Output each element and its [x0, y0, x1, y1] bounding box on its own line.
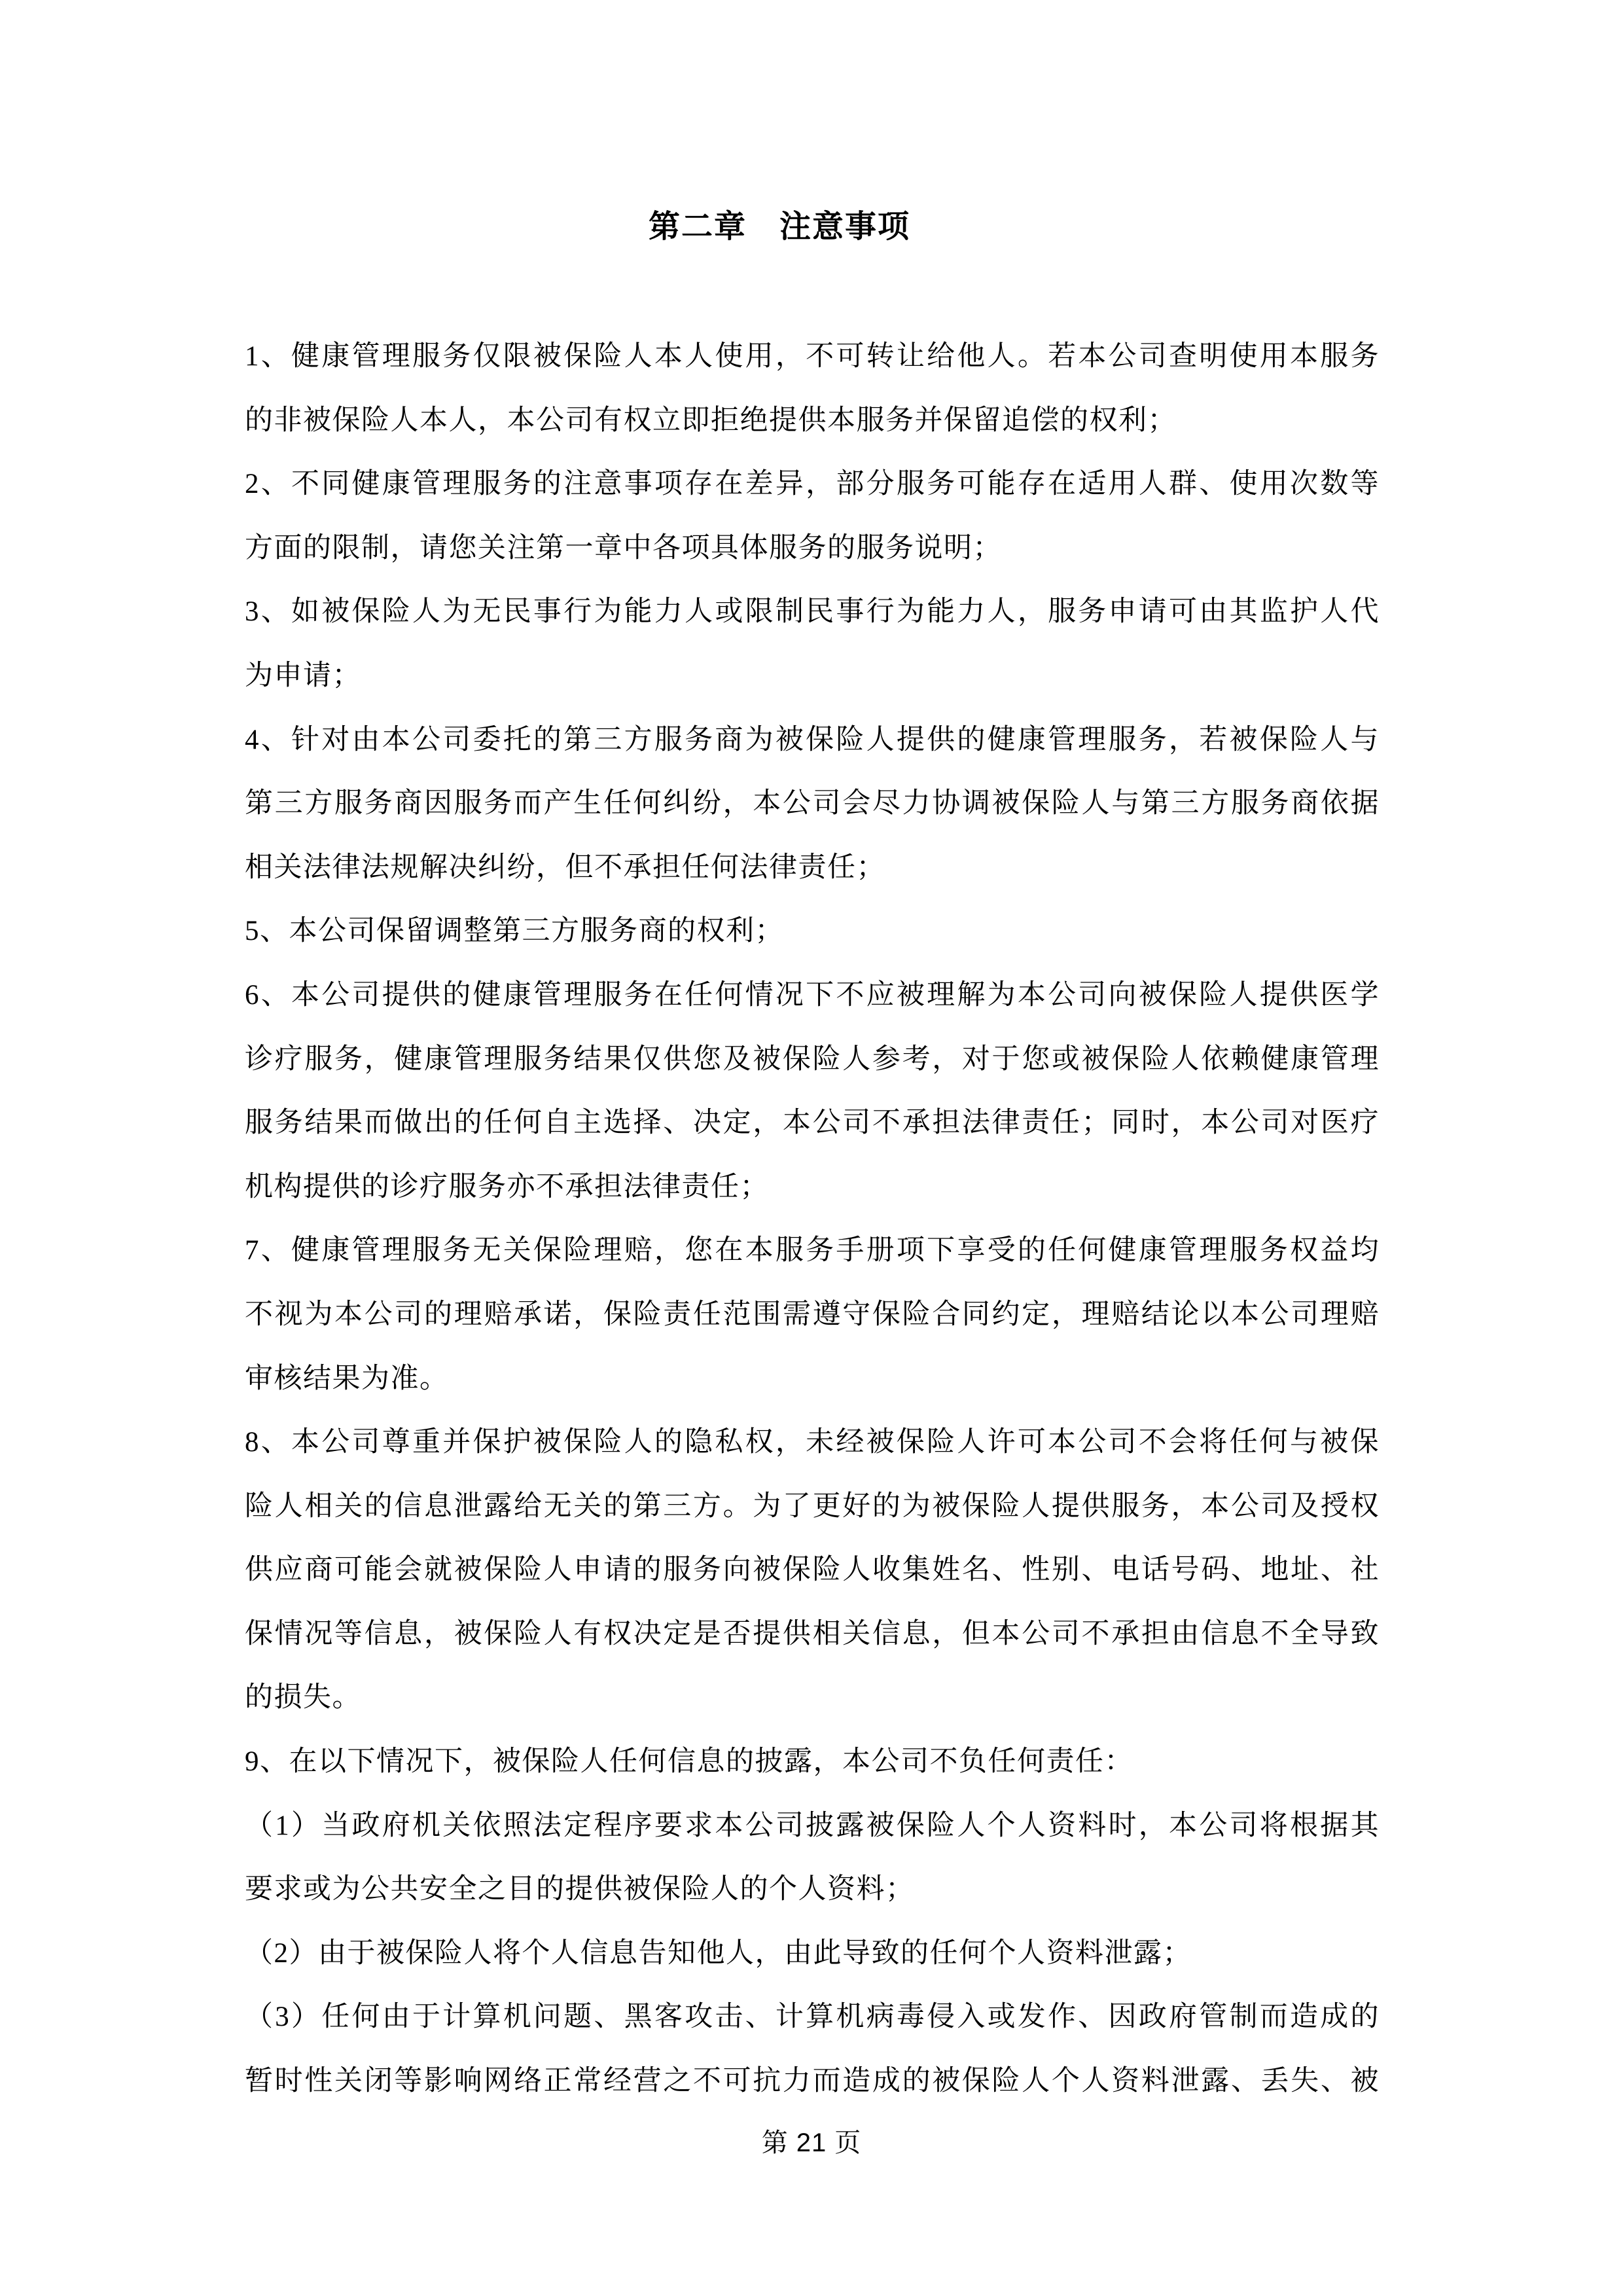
- body-line: 不视为本公司的理赔承诺，保险责任范围需遵守保险合同约定，理赔结论以本公司理赔: [245, 1283, 1380, 1347]
- body-line: 相关法律法规解决纠纷，但不承担任何法律责任；: [245, 836, 1380, 900]
- body-line: 要求或为公共安全之目的提供被保险人的个人资料；: [245, 1857, 1380, 1922]
- body-line: 为申请；: [245, 644, 1380, 708]
- body-line: （2）由于被保险人将个人信息告知他人，由此导致的任何个人资料泄露；: [245, 1922, 1380, 1986]
- document-page: 第二章 注意事项 1、健康管理服务仅限被保险人本人使用，不可转让给他人。若本公司…: [0, 0, 1623, 2296]
- body-line: 4、针对由本公司委托的第三方服务商为被保险人提供的健康管理服务，若被保险人与: [245, 708, 1380, 772]
- page-footer-suffix: 页: [834, 2128, 861, 2157]
- body-line: 2、不同健康管理服务的注意事项存在差异，部分服务可能存在适用人群、使用次数等: [245, 452, 1380, 516]
- body-line: 第三方服务商因服务而产生任何纠纷，本公司会尽力协调被保险人与第三方服务商依据: [245, 772, 1380, 836]
- body-line: 7、健康管理服务无关保险理赔，您在本服务手册项下享受的任何健康管理服务权益均: [245, 1219, 1380, 1283]
- body-line: 的损失。: [245, 1666, 1380, 1730]
- body-line: 保情况等信息，被保险人有权决定是否提供相关信息，但本公司不承担由信息不全导致: [245, 1602, 1380, 1666]
- page-number: 21: [796, 2128, 827, 2157]
- page-footer: 第21页: [0, 2126, 1623, 2160]
- body-line: 3、如被保险人为无民事行为能力人或限制民事行为能力人，服务申请可由其监护人代: [245, 580, 1380, 644]
- document-body: 1、健康管理服务仅限被保险人本人使用，不可转让给他人。若本公司查明使用本服务的非…: [245, 325, 1380, 2113]
- body-line: 5、本公司保留调整第三方服务商的权利；: [245, 899, 1380, 963]
- body-line: 供应商可能会就被保险人申请的服务向被保险人收集姓名、性别、电话号码、地址、社: [245, 1538, 1380, 1602]
- body-line: （1）当政府机关依照法定程序要求本公司披露被保险人个人资料时，本公司将根据其: [245, 1794, 1380, 1858]
- body-line: 服务结果而做出的任何自主选择、决定，本公司不承担法律责任；同时，本公司对医疗: [245, 1091, 1380, 1155]
- body-line: 9、在以下情况下，被保险人任何信息的披露，本公司不负任何责任：: [245, 1730, 1380, 1794]
- body-line: 审核结果为准。: [245, 1347, 1380, 1411]
- body-line: 的非被保险人本人，本公司有权立即拒绝提供本服务并保留追偿的权利；: [245, 389, 1380, 453]
- body-line: 8、本公司尊重并保护被保险人的隐私权，未经被保险人许可本公司不会将任何与被保: [245, 1410, 1380, 1475]
- body-line: 诊疗服务，健康管理服务结果仅供您及被保险人参考，对于您或被保险人依赖健康管理: [245, 1028, 1380, 1092]
- body-line: 6、本公司提供的健康管理服务在任何情况下不应被理解为本公司向被保险人提供医学: [245, 963, 1380, 1028]
- body-line: （3）任何由于计算机问题、黑客攻击、计算机病毒侵入或发作、因政府管制而造成的: [245, 1985, 1380, 2049]
- page-footer-prefix: 第: [762, 2128, 789, 2157]
- body-line: 险人相关的信息泄露给无关的第三方。为了更好的为被保险人提供服务，本公司及授权: [245, 1475, 1380, 1539]
- body-line: 1、健康管理服务仅限被保险人本人使用，不可转让给他人。若本公司查明使用本服务: [245, 325, 1380, 389]
- body-line: 方面的限制，请您关注第一章中各项具体服务的服务说明；: [245, 516, 1380, 581]
- body-line: 机构提供的诊疗服务亦不承担法律责任；: [245, 1155, 1380, 1219]
- chapter-title: 第二章 注意事项: [212, 207, 1347, 247]
- body-line: 暂时性关闭等影响网络正常经营之不可抗力而造成的被保险人个人资料泄露、丢失、被: [245, 2049, 1380, 2113]
